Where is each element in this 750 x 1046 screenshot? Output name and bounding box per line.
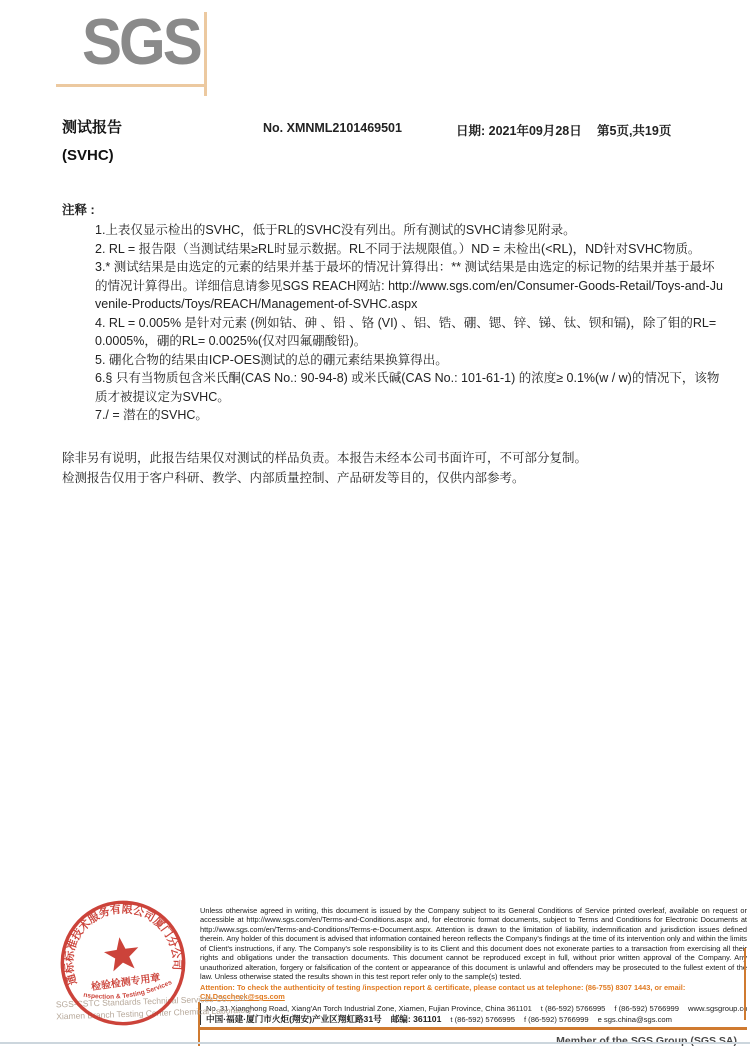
note-item-1: 1.上表仅显示检出的SVHC，低于RL的SVHC没有列出。所有测试的SVHC请参… xyxy=(95,221,723,240)
address-en-website: www.sgsgroup.com.cn xyxy=(688,1003,747,1014)
address-row-cn: 中国·福建·厦门市火炬(翔安)产业区翔虹路31号 邮编: 361101 t (8… xyxy=(206,1014,747,1025)
stamp-star-icon xyxy=(102,935,141,972)
note-item-7: 7./ = 潜在的SVHC。 xyxy=(95,406,723,425)
footer-orange-rule xyxy=(200,1027,747,1030)
inspection-stamp: 通标标准技术服务有限公司厦门分公司 检验检测专用章 Inspection & T… xyxy=(50,890,197,1037)
address-en-fax: f (86-592) 5766999 xyxy=(614,1003,679,1014)
report-title-line1: 测试报告 xyxy=(62,114,122,142)
footer-legal-column: Unless otherwise agreed in writing, this… xyxy=(200,906,747,1046)
report-date: 日期: 2021年09月28日 xyxy=(456,121,582,139)
authenticity-notice-text: Attention: To check the authenticity of … xyxy=(200,983,685,992)
notes-list: 1.上表仅显示检出的SVHC，低于RL的SVHC没有列出。所有测试的SVHC请参… xyxy=(95,221,723,425)
address-en-tel: t (86-592) 5766995 xyxy=(541,1003,606,1014)
note-item-5: 5. 硼化合物的结果由ICP-OES测试的总的硼元素结果换算得出。 xyxy=(95,351,723,370)
note-item-4: 4. RL = 0.005% 是针对元素 (例如钴、砷 、铅 、铬 (VI) 、… xyxy=(95,314,723,351)
closing-line-2: 检测报告仅用于客户科研、教学、内部质量控制、产品研发等目的，仅供内部参考。 xyxy=(62,468,722,488)
sgs-membership-text: Member of the SGS Group (SGS SA) xyxy=(556,1035,747,1046)
stamp-seal-icon: 通标标准技术服务有限公司厦门分公司 检验检测专用章 Inspection & T… xyxy=(50,890,197,1037)
closing-line-1: 除非另有说明，此报告结果仅对测试的样品负责。本报告未经本公司书面许可，不可部分复… xyxy=(62,448,722,468)
report-number: No. XMNML2101469501 xyxy=(263,121,402,135)
crop-mark-right xyxy=(744,948,746,1020)
closing-statement: 除非另有说明，此报告结果仅对测试的样品负责。本报告未经本公司书面许可，不可部分复… xyxy=(62,448,722,488)
address-cn-tel: t (86-592) 5766995 xyxy=(450,1014,515,1025)
address-block: No. 31 Xianghong Road, Xiang'An Torch In… xyxy=(200,1003,747,1025)
address-cn-email: e sgs.china@sgs.com xyxy=(598,1014,672,1025)
note-item-6: 6.§ 只有当物质包含米氏酮(CAS No.: 90-94-8) 或米氏碱(CA… xyxy=(95,369,723,406)
note-item-3: 3.* 测试结果是由选定的元素的结果并基于最坏的情况计算得出：** 测试结果是由… xyxy=(95,258,723,314)
logo-vertical-rule xyxy=(204,12,207,96)
note-item-2: 2. RL = 报告限（当测试结果≥RL时显示数据。RL不同于法规限值。）ND … xyxy=(95,240,723,259)
notes-label: 注释 : xyxy=(62,200,95,218)
sgs-logo: SGS xyxy=(82,10,200,75)
address-cn-zip: 邮编: 361101 xyxy=(391,1014,442,1025)
legal-disclaimer: Unless otherwise agreed in writing, this… xyxy=(200,906,747,982)
address-row-en: No. 31 Xianghong Road, Xiang'An Torch In… xyxy=(206,1003,747,1014)
address-cn-fax: f (86-592) 5766999 xyxy=(524,1014,589,1025)
authenticity-notice: Attention: To check the authenticity of … xyxy=(200,983,747,1002)
page-indicator: 第5页,共19页 xyxy=(597,121,671,139)
address-en: No. 31 Xianghong Road, Xiang'An Torch In… xyxy=(206,1003,532,1014)
page-bottom-rule xyxy=(0,1042,750,1044)
report-page: SGS 测试报告 (SVHC) No. XMNML2101469501 日期: … xyxy=(0,0,750,1046)
logo-horizontal-rule xyxy=(56,84,206,87)
report-title-line2: (SVHC) xyxy=(62,142,122,170)
report-title: 测试报告 (SVHC) xyxy=(62,114,122,170)
